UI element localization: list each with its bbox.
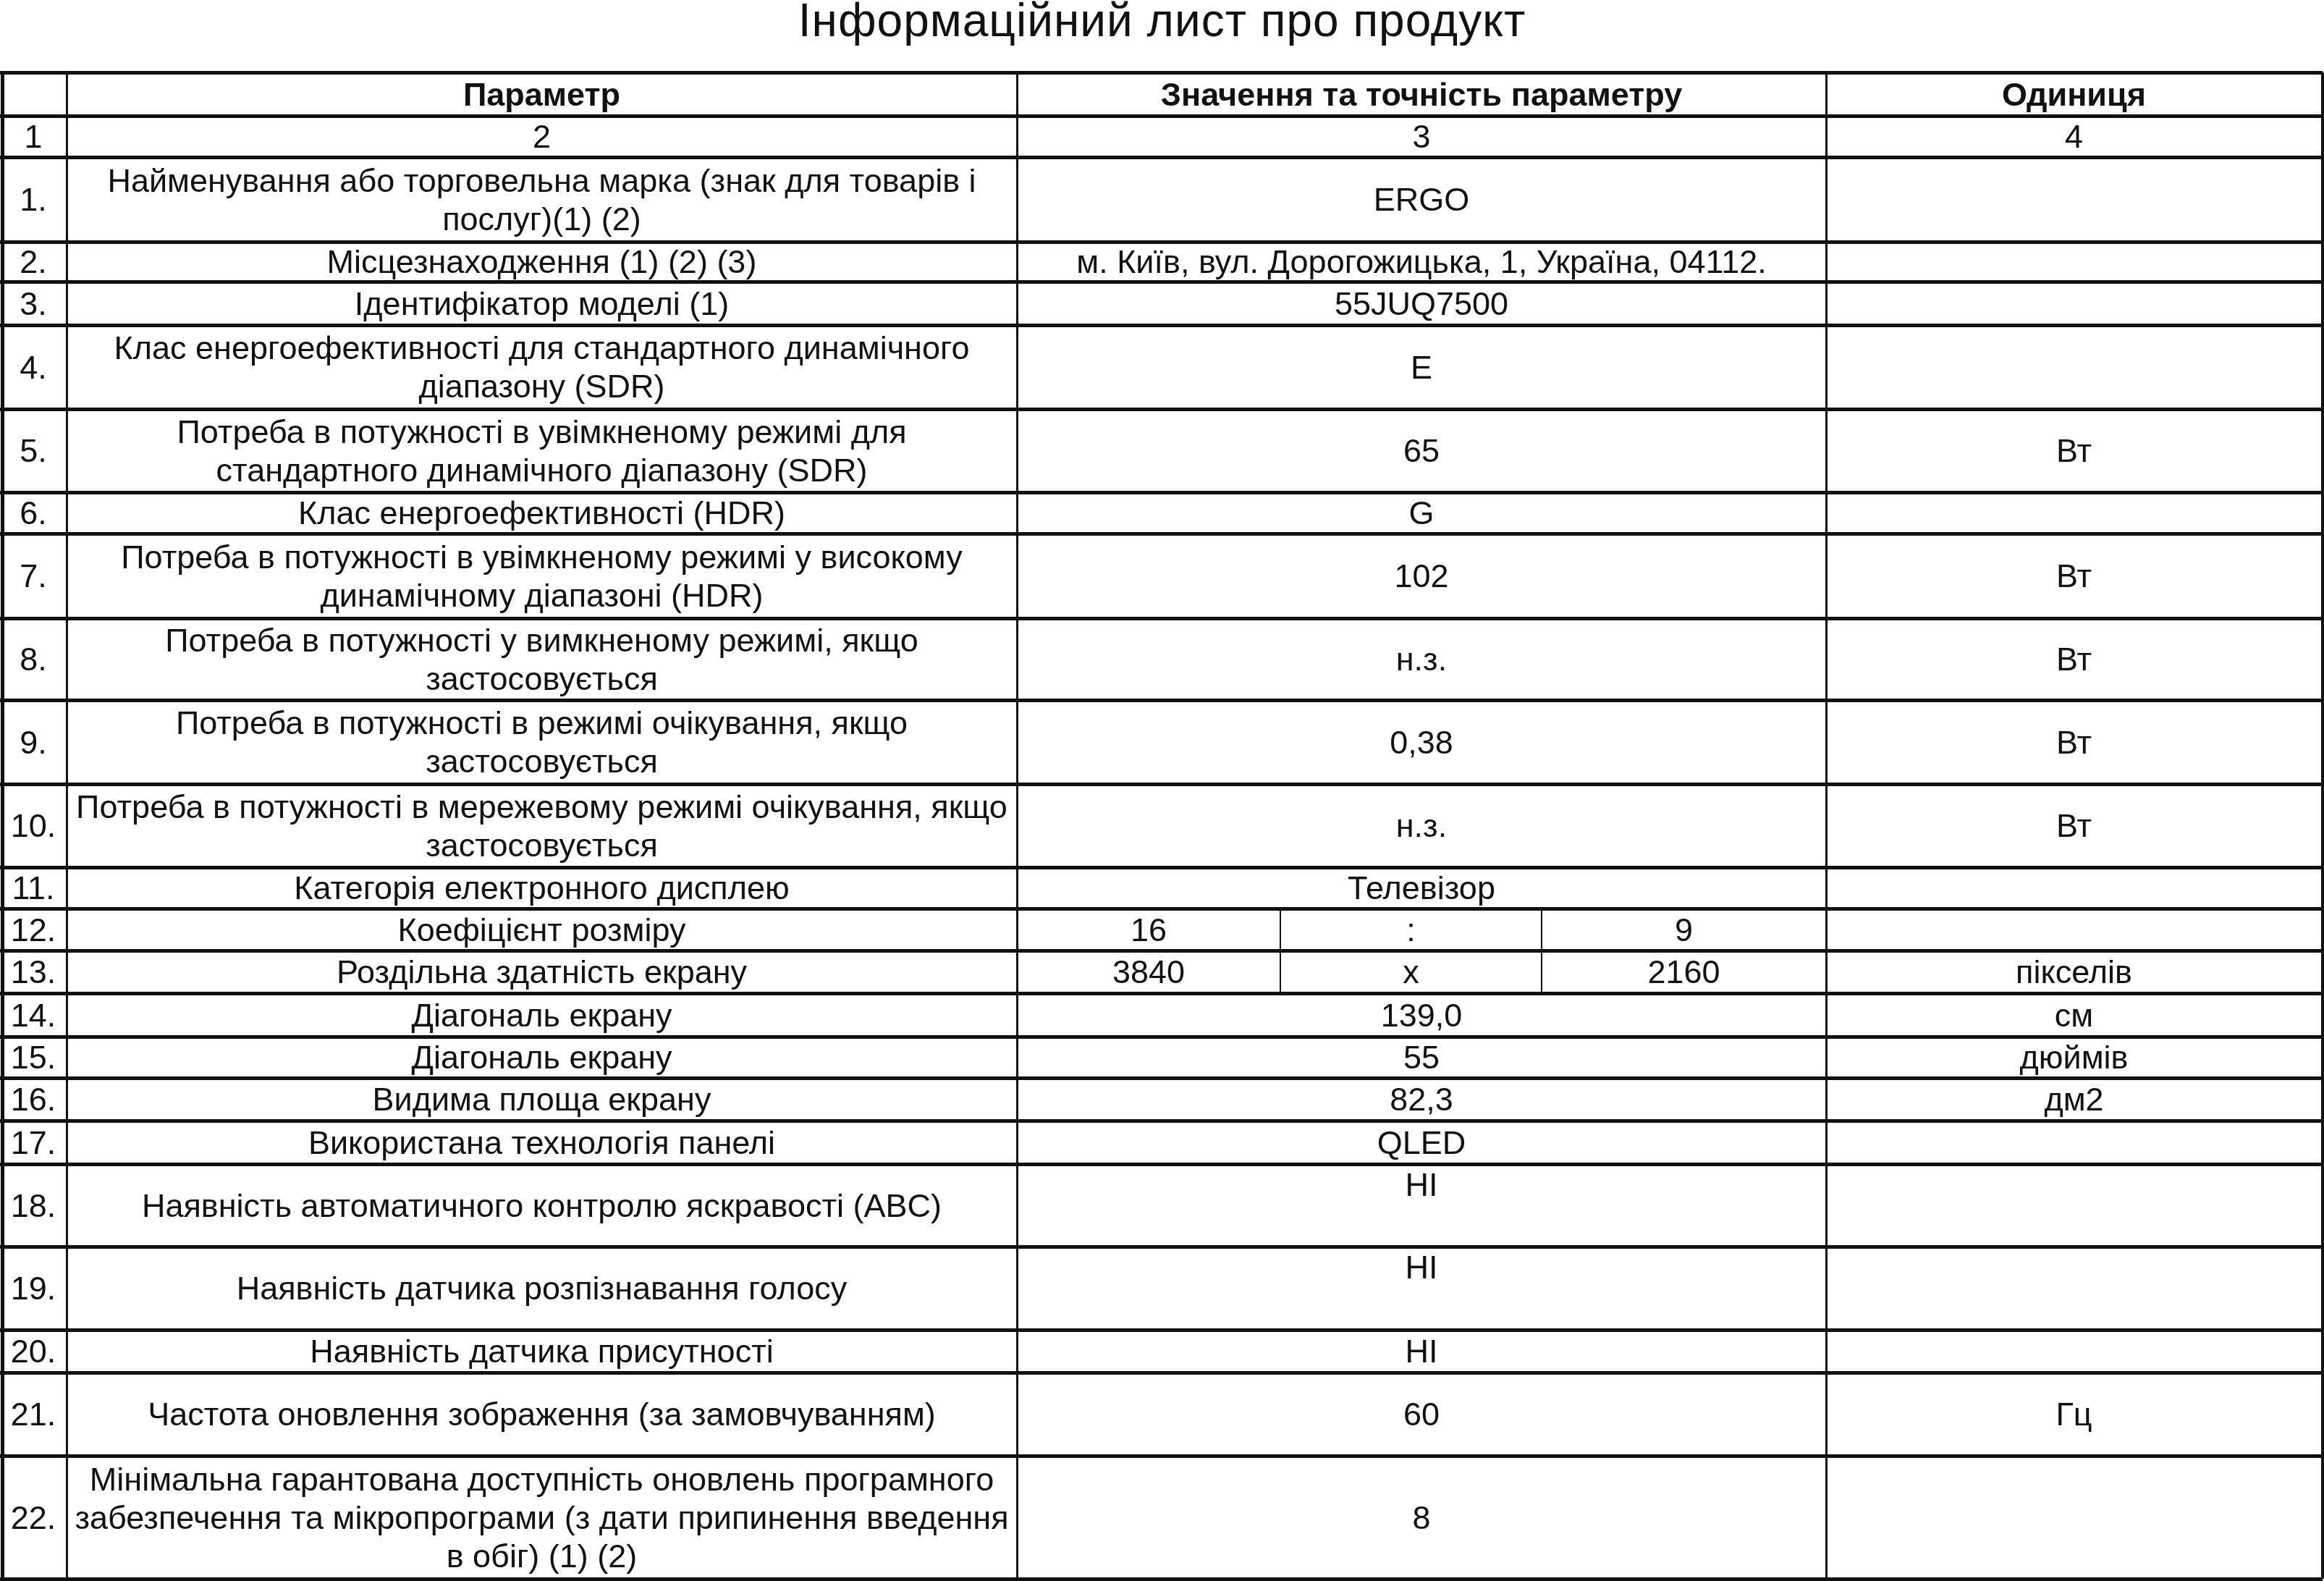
table-column-divider	[1016, 72, 1018, 1579]
parameter-unit	[1826, 325, 2322, 409]
table-row-divider	[0, 783, 2323, 786]
table-row-divider	[0, 949, 2323, 953]
parameter-value: ERGO	[1017, 157, 1826, 242]
parameter-value: Телевізор	[1017, 867, 1826, 908]
parameter-name: Категорія електронного дисплею	[67, 867, 1017, 908]
value-separator: x	[1280, 950, 1542, 993]
value-part: 2160	[1542, 950, 1826, 993]
row-index: 9.	[0, 700, 67, 784]
table-column-divider	[2321, 72, 2324, 1579]
parameter-name: Потреба в потужності у вимкненому режимі…	[67, 618, 1017, 700]
row-index: 1.	[0, 157, 67, 242]
table-row-divider	[0, 1076, 2323, 1080]
table-row-divider	[0, 1371, 2323, 1375]
parameter-name: Мінімальна гарантована доступність оновл…	[67, 1456, 1017, 1579]
parameter-value: G	[1017, 492, 1826, 534]
parameter-name: Роздільна здатність екрану	[67, 950, 1017, 993]
table-row-divider	[0, 491, 2323, 494]
table-row-divider	[0, 1119, 2323, 1123]
parameter-value: н.з.	[1017, 784, 1826, 867]
table-column-divider	[1541, 950, 1542, 993]
parameter-unit	[1826, 242, 2322, 282]
product-info-table: ПараметрЗначення та точність параметруОд…	[0, 0, 2324, 1581]
table-row-divider	[0, 907, 2323, 911]
row-index: 20.	[0, 1330, 67, 1373]
header-parameter: Параметр	[67, 72, 1017, 116]
row-index: 12.	[0, 908, 67, 950]
parameter-name: Потреба в потужності в режимі очікування…	[67, 700, 1017, 784]
parameter-name: Найменування або торговельна марка (знак…	[67, 157, 1017, 242]
parameter-name: Наявність автоматичного контролю яскраво…	[67, 1164, 1017, 1247]
parameter-unit: Вт	[1826, 409, 2322, 492]
parameter-unit: пікселів	[1826, 950, 2322, 993]
parameter-name: Діагональ екрану	[67, 993, 1017, 1037]
parameter-unit: Вт	[1826, 700, 2322, 784]
table-row-divider	[0, 1163, 2323, 1166]
parameter-value: E	[1017, 325, 1826, 409]
table-row-divider	[0, 114, 2323, 118]
table-row-divider	[0, 1328, 2323, 1332]
parameter-unit: Вт	[1826, 618, 2322, 700]
table-row-divider	[0, 1245, 2323, 1249]
row-index: 4.	[0, 325, 67, 409]
parameter-name: Діагональ екрану	[67, 1037, 1017, 1078]
row-index: 8.	[0, 618, 67, 700]
column-number: 2	[67, 116, 1017, 157]
parameter-unit	[1826, 282, 2322, 325]
parameter-name: Коефіцієнт розміру	[67, 908, 1017, 950]
parameter-value: 102	[1017, 534, 1826, 618]
parameter-value: 55	[1017, 1037, 1826, 1078]
parameter-name: Наявність датчика присутності	[67, 1330, 1017, 1373]
table-row-divider	[0, 324, 2323, 327]
table-row-divider	[0, 532, 2323, 536]
parameter-name: Ідентифікатор моделі (1)	[67, 282, 1017, 325]
table-row-divider	[0, 240, 2323, 244]
table-column-divider	[1825, 72, 1827, 1579]
parameter-unit: Гц	[1826, 1373, 2322, 1456]
header-value: Значення та точність параметру	[1017, 72, 1826, 116]
row-index: 18.	[0, 1164, 67, 1247]
parameter-value: 139,0	[1017, 993, 1826, 1037]
table-row-divider	[0, 71, 2323, 75]
parameter-value: 55JUQ7500	[1017, 282, 1826, 325]
table-row-divider	[0, 617, 2323, 620]
table-row-divider	[0, 1454, 2323, 1458]
row-index: 7.	[0, 534, 67, 618]
parameter-name: Потреба в потужності в увімкненому режим…	[67, 534, 1017, 618]
parameter-unit: Вт	[1826, 784, 2322, 867]
table-row-divider	[0, 699, 2323, 702]
parameter-name: Наявність датчика розпізнавання голосу	[67, 1247, 1017, 1330]
parameter-name: Частота оновлення зображення (за замовчу…	[67, 1373, 1017, 1456]
parameter-value: НІ	[1017, 1330, 1826, 1373]
parameter-value: НІ	[1017, 1247, 1826, 1330]
table-row-divider	[0, 408, 2323, 411]
table-row-divider	[0, 992, 2323, 995]
value-part: 16	[1017, 908, 1280, 950]
parameter-value: НІ	[1017, 1164, 1826, 1247]
row-index: 5.	[0, 409, 67, 492]
table-row-divider	[0, 1577, 2323, 1581]
table-row-divider	[0, 280, 2323, 284]
value-part: 3840	[1017, 950, 1280, 993]
row-index: 13.	[0, 950, 67, 993]
parameter-unit: дюймів	[1826, 1037, 2322, 1078]
table-row-divider	[0, 866, 2323, 869]
value-part: 9	[1542, 908, 1826, 950]
parameter-unit	[1826, 1164, 2322, 1247]
table-column-divider	[1541, 908, 1542, 950]
value-separator: :	[1280, 908, 1542, 950]
row-index: 10.	[0, 784, 67, 867]
row-index: 21.	[0, 1373, 67, 1456]
parameter-value: 65	[1017, 409, 1826, 492]
row-index: 17.	[0, 1121, 67, 1164]
table-column-divider	[1280, 950, 1281, 993]
parameter-value: 60	[1017, 1373, 1826, 1456]
column-number: 3	[1017, 116, 1826, 157]
parameter-name: Клас енергоефективності (HDR)	[67, 492, 1017, 534]
row-index: 3.	[0, 282, 67, 325]
table-column-divider	[1, 72, 4, 1579]
row-index: 15.	[0, 1037, 67, 1078]
parameter-name: Використана технологія панелі	[67, 1121, 1017, 1164]
row-index: 16.	[0, 1078, 67, 1121]
table-column-divider	[1280, 908, 1281, 950]
parameter-value: 0,38	[1017, 700, 1826, 784]
parameter-name: Клас енергоефективності для стандартного…	[67, 325, 1017, 409]
parameter-value: 8	[1017, 1456, 1826, 1579]
parameter-unit: см	[1826, 993, 2322, 1037]
parameter-name: Видима площа екрану	[67, 1078, 1017, 1121]
parameter-unit	[1826, 492, 2322, 534]
parameter-unit	[1826, 908, 2322, 950]
table-row-divider	[0, 1035, 2323, 1039]
parameter-value: QLED	[1017, 1121, 1826, 1164]
column-number: 4	[1826, 116, 2322, 157]
parameter-unit	[1826, 1456, 2322, 1579]
parameter-unit: дм2	[1826, 1078, 2322, 1121]
parameter-value: н.з.	[1017, 618, 1826, 700]
parameter-unit	[1826, 1247, 2322, 1330]
table-column-divider	[66, 72, 68, 1579]
table-row-divider	[0, 156, 2323, 159]
header-unit: Одиниця	[1826, 72, 2322, 116]
parameter-unit	[1826, 867, 2322, 908]
row-index: 6.	[0, 492, 67, 534]
header-index	[0, 72, 67, 116]
row-index: 14.	[0, 993, 67, 1037]
row-index: 19.	[0, 1247, 67, 1330]
column-number: 1	[0, 116, 67, 157]
parameter-name: Потреба в потужності в мережевому режимі…	[67, 784, 1017, 867]
parameter-unit	[1826, 1330, 2322, 1373]
parameter-unit	[1826, 157, 2322, 242]
parameter-name: Місцезнаходження (1) (2) (3)	[67, 242, 1017, 282]
row-index: 11.	[0, 867, 67, 908]
parameter-name: Потреба в потужності в увімкненому режим…	[67, 409, 1017, 492]
parameter-unit	[1826, 1121, 2322, 1164]
parameter-unit: Вт	[1826, 534, 2322, 618]
parameter-value: 82,3	[1017, 1078, 1826, 1121]
row-index: 2.	[0, 242, 67, 282]
row-index: 22.	[0, 1456, 67, 1579]
parameter-value: м. Київ, вул. Дорогожицька, 1, Україна, …	[1017, 242, 1826, 282]
